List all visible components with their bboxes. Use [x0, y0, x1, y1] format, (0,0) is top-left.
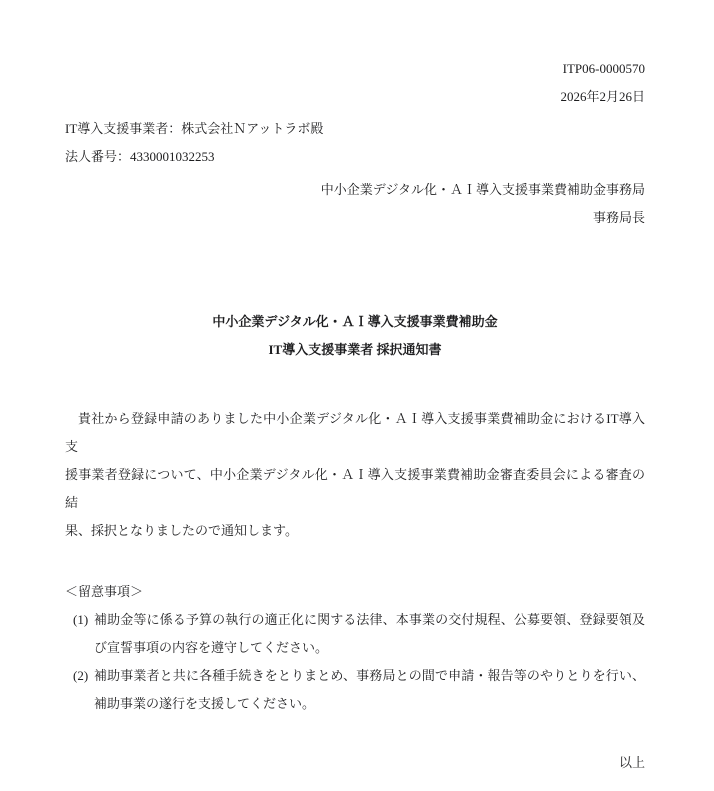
body-line-1: 貴社から登録申請のありました中小企業デジタル化・ＡＩ導入支援事業費補助金における… [65, 405, 645, 461]
body-line-2: 援事業者登録について、中小企業デジタル化・ＡＩ導入支援事業費補助金審査委員会によ… [65, 461, 645, 517]
closing-phrase: 以上 [65, 749, 655, 777]
document-title: 中小企業デジタル化・ＡＩ導入支援事業費補助金 IT導入支援事業者 採択通知書 [65, 308, 645, 364]
document-title-line2: IT導入支援事業者 採択通知書 [65, 336, 645, 364]
note-1-line-2: び宣誓事項の内容を遵守してください。 [94, 634, 645, 662]
addressee-name: IT導入支援事業者：株式会社Ｎアットラボ殿 [65, 115, 645, 143]
note-2-line-1: 補助事業者と共に各種手続きをとりまとめ、事務局との間で申請・報告等のやりとりを行… [94, 662, 645, 690]
note-number-2: (2) [73, 662, 88, 690]
sender-organization: 中小企業デジタル化・ＡＩ導入支援事業費補助金事務局 [65, 176, 645, 204]
sender-role: 事務局長 [65, 204, 645, 232]
header-meta: ITP06-0000570 2026年2月26日 [65, 55, 645, 111]
document-number: ITP06-0000570 [65, 55, 645, 83]
body-paragraph: 貴社から登録申請のありました中小企業デジタル化・ＡＩ導入支援事業費補助金における… [65, 405, 645, 545]
notes-heading: ＜留意事項＞ [65, 578, 645, 606]
note-number-1: (1) [73, 606, 88, 634]
document-date: 2026年2月26日 [65, 83, 645, 111]
note-1-line-1: 補助金等に係る予算の執行の適正化に関する法律、本事業の交付規程、公募要領、登録要… [94, 606, 645, 634]
note-item-2: (2) 補助事業者と共に各種手続きをとりまとめ、事務局との間で申請・報告等のやり… [65, 662, 645, 718]
corporate-number: 法人番号：4330001032253 [65, 143, 645, 171]
document-title-line1: 中小企業デジタル化・ＡＩ導入支援事業費補助金 [65, 308, 645, 336]
addressee-block: IT導入支援事業者：株式会社Ｎアットラボ殿 法人番号：4330001032253 [65, 115, 645, 171]
note-item-1: (1) 補助金等に係る予算の執行の適正化に関する法律、本事業の交付規程、公募要領… [65, 606, 645, 662]
notes-list: (1) 補助金等に係る予算の執行の適正化に関する法律、本事業の交付規程、公募要領… [65, 606, 645, 718]
note-2-line-2: 補助事業の遂行を支援してください。 [94, 690, 645, 718]
body-line-3: 果、採択となりましたので通知します。 [65, 517, 645, 545]
sender-block: 中小企業デジタル化・ＡＩ導入支援事業費補助金事務局 事務局長 [65, 176, 645, 232]
document-page: ITP06-0000570 2026年2月26日 IT導入支援事業者：株式会社Ｎ… [0, 0, 714, 791]
